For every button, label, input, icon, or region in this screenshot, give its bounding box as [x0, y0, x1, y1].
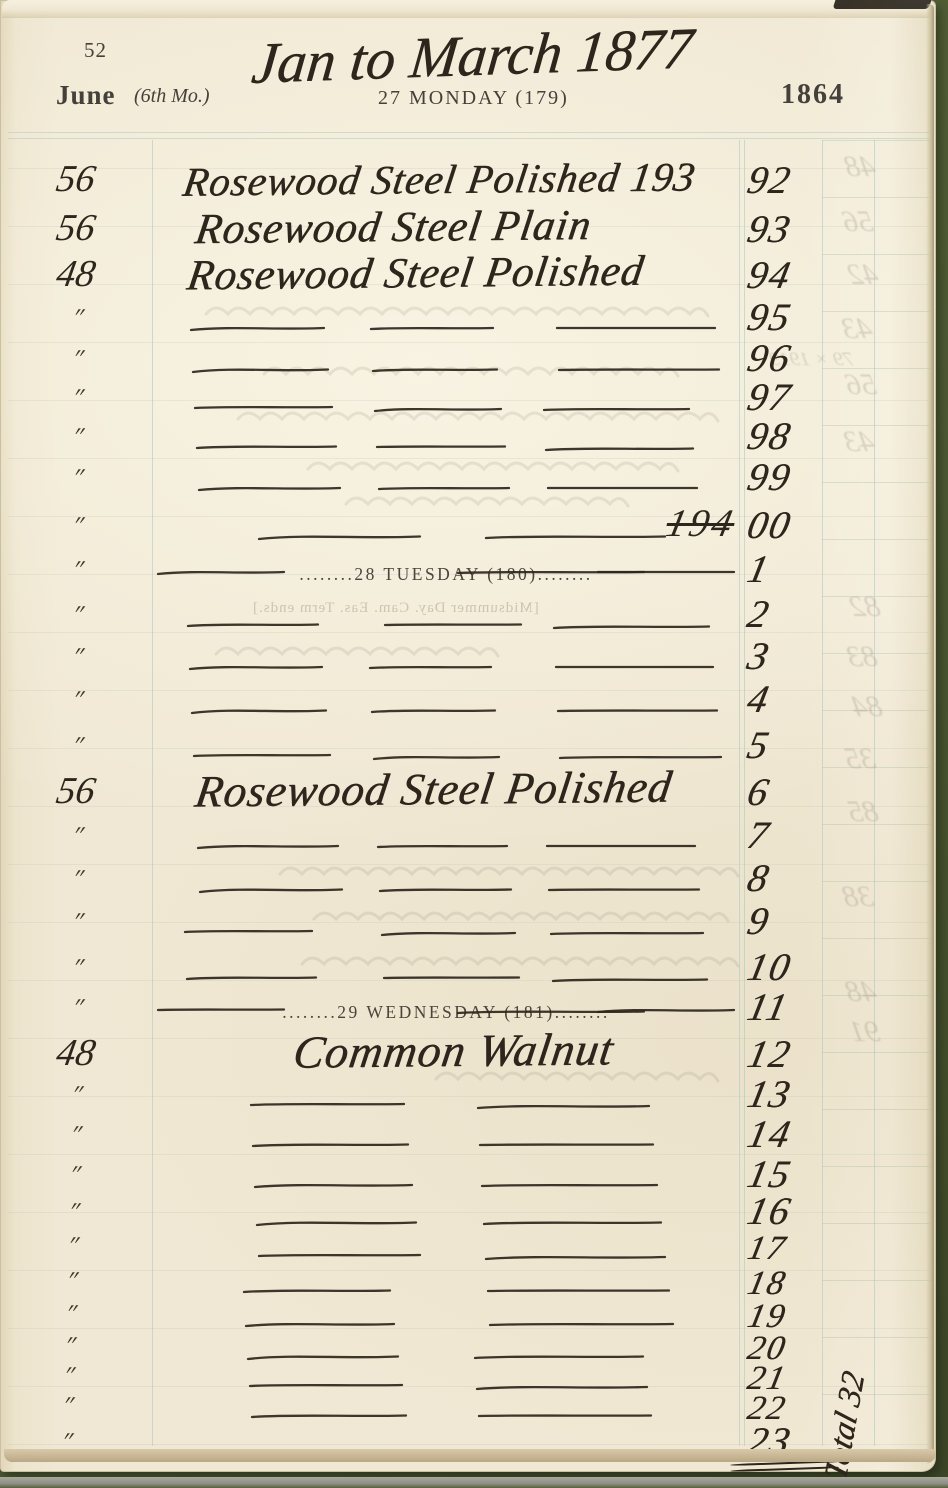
quantity-cell: ″: [20, 866, 132, 893]
serial-number-cell: 7: [744, 815, 830, 858]
printed-month: June: [56, 80, 116, 111]
ditto-dash-stroke: [196, 842, 340, 852]
serial-number: 92: [743, 158, 796, 203]
description-cell: [156, 637, 736, 679]
description-cell: [156, 1077, 736, 1117]
ledger-row: 48Common Walnut12: [0, 1030, 936, 1077]
ledger-row: ″19: [0, 1303, 936, 1336]
description-cell: Rosewood Steel Polished: [156, 252, 736, 298]
printed-year: 1864: [781, 79, 845, 111]
serial-number: 4: [743, 677, 774, 722]
description-cell: [156, 500, 736, 548]
book-bottom-edge: [4, 1449, 936, 1462]
dark-edge-mark: [833, 0, 932, 9]
serial-number: 13: [743, 1072, 796, 1117]
serial-number: 3: [743, 634, 774, 679]
quantity-cell: ″: [20, 424, 132, 451]
description-cell: [156, 1336, 736, 1368]
quantity-cell: 48: [22, 252, 130, 296]
ditto-dash-stroke: [191, 365, 330, 375]
quantity-cell: ″: [20, 909, 132, 936]
ditto-dash-stroke: [484, 1252, 667, 1262]
ledger-row: ″17: [0, 1234, 936, 1268]
serial-number-cell: 93: [744, 203, 830, 252]
ledger-row: ″98: [0, 420, 936, 459]
ledger-row: ″........28 TUESDAY (180)........1: [0, 548, 936, 592]
description-cell: [156, 901, 736, 944]
header-rule-bottom: [8, 138, 930, 139]
ditto-dash-stroke: [552, 621, 711, 631]
description-cell: [156, 298, 736, 340]
ditto-dash-stroke: [246, 1352, 400, 1362]
serial-number-cell: 6: [744, 768, 830, 815]
serial-number-cell: 2: [744, 592, 830, 637]
serial-number: 5: [743, 723, 774, 768]
quantity-cell: ″: [20, 733, 132, 760]
ditto-dash-stroke: [542, 404, 691, 414]
ditto-dash-stroke: [486, 1287, 671, 1297]
description-cell: [156, 944, 736, 990]
ditto-dash-stroke: [370, 706, 497, 716]
underlying-page-edge: [2, 0, 932, 18]
ditto-dash-stroke: [545, 842, 697, 852]
ditto-dash-stroke: [382, 974, 521, 984]
serial-number-cell: 92: [744, 158, 830, 203]
description-cell: Rosewood Steel Polished 193: [156, 158, 736, 203]
ditto-dash-stroke: [249, 1101, 406, 1111]
ditto-dash-stroke: [257, 1252, 422, 1262]
description-cell: [156, 858, 736, 901]
serial-number: 00: [743, 503, 796, 548]
entry-text: Rosewood Steel Plain: [192, 201, 595, 254]
quantity-cell: 56: [22, 157, 130, 201]
serial-number: 94: [743, 253, 796, 298]
quantity-cell: 56: [22, 769, 130, 813]
ditto-dash-stroke: [557, 365, 721, 375]
ledger-row: ″9: [0, 901, 936, 944]
handwritten-title: Jan to March 1877: [249, 14, 697, 97]
serial-number-cell: 16: [744, 1197, 830, 1234]
description-cell: [156, 420, 736, 459]
ditto-dash-stroke: [156, 568, 286, 578]
ditto-dash-stroke: [248, 1382, 404, 1392]
ditto-dash-stroke: [488, 1320, 675, 1330]
description-cell: [156, 459, 736, 500]
description-cell: [156, 1303, 736, 1336]
header-rule-top: [8, 132, 930, 133]
description-cell: [156, 340, 736, 381]
serial-number: 93: [743, 207, 796, 252]
quantity-cell: ″: [20, 823, 132, 850]
serial-number: 7: [743, 813, 774, 858]
ditto-dash-stroke: [186, 621, 320, 631]
description-cell: [156, 592, 736, 637]
serial-number: 6: [743, 770, 774, 815]
ditto-dash-stroke: [255, 1218, 418, 1228]
serial-number: 11: [743, 985, 793, 1030]
ditto-dash-stroke: [547, 885, 701, 895]
description-cell: Rosewood Steel Plain: [156, 203, 736, 252]
serial-number: 95: [743, 295, 796, 340]
ditto-dash-stroke: [376, 842, 509, 852]
page-number: 52: [84, 38, 107, 63]
ledger-row: 48Rosewood Steel Polished94: [0, 252, 936, 298]
ledger-row: ″22: [0, 1398, 936, 1428]
ledger-row: ″2: [0, 592, 936, 637]
serial-number: 8: [743, 856, 774, 901]
serial-number-cell: 12: [744, 1030, 830, 1077]
ditto-dash-stroke: [244, 1320, 396, 1330]
ditto-dash-stroke: [188, 663, 324, 673]
ditto-dash-stroke: [556, 706, 719, 716]
entry-text: Rosewood Steel Polished: [192, 761, 676, 818]
quantity-cell: ″: [17, 1162, 129, 1189]
serial-number-cell: 11: [744, 990, 830, 1030]
description-cell: Rosewood Steel Polished: [156, 768, 736, 815]
printed-day-heading: 27 MONDAY (179): [378, 87, 569, 110]
table-surface-strip: [0, 1477, 948, 1488]
serial-number-cell: 13: [744, 1077, 830, 1117]
description-cell: [156, 1268, 736, 1303]
ditto-dash-stroke: [475, 1382, 649, 1392]
ledger-row: ″10: [0, 944, 936, 990]
ditto-dash-stroke: [596, 568, 736, 578]
ledger-row: ″7: [0, 815, 936, 858]
ditto-dash-stroke: [190, 706, 328, 716]
scanned-ledger-photo: { "header": { "page_number": "52", "hand…: [0, 0, 948, 1488]
serial-number: 16: [743, 1189, 796, 1234]
ledger-row: ″99: [0, 459, 936, 500]
quantity-cell: ″: [20, 687, 132, 714]
quantity-cell: ″: [16, 1199, 128, 1226]
entry-text: Common Walnut: [290, 1022, 618, 1078]
ditto-dash-stroke: [380, 928, 517, 938]
quantity-cell: ″: [20, 305, 132, 332]
serial-number: 2: [743, 592, 774, 637]
ledger-row: ″18: [0, 1268, 936, 1303]
quantity-cell: 48: [22, 1031, 130, 1075]
serial-number-cell: 99: [744, 459, 830, 500]
description-cell: [156, 1117, 736, 1157]
ditto-dash-stroke: [383, 621, 523, 631]
ditto-dash-stroke: [198, 885, 344, 895]
ledger-row: ″21: [0, 1368, 936, 1398]
ditto-dash-stroke: [378, 885, 513, 895]
quantity-cell: ″: [20, 955, 132, 982]
ditto-dash-stroke: [546, 484, 699, 494]
description-cell: [156, 1197, 736, 1234]
ditto-dash-stroke: [549, 928, 705, 938]
serial-number-cell: 10: [744, 944, 830, 990]
quantity-cell: ″: [18, 1122, 130, 1149]
quantity-cell: 56: [22, 206, 130, 250]
ledger-row: 56Rosewood Steel Polished 19392: [0, 158, 936, 203]
struck-carry-number: 194: [662, 501, 739, 546]
ditto-dash-stroke: [555, 324, 717, 334]
description-cell: [156, 679, 736, 722]
ledger-row: 56Rosewood Steel Polished6: [0, 768, 936, 815]
quantity-cell: ″: [20, 644, 132, 671]
ditto-dash-stroke: [192, 752, 332, 762]
serial-number-cell: 1: [744, 548, 830, 592]
ditto-dash-stroke: [251, 1141, 410, 1151]
ditto-dash-stroke: [257, 532, 422, 542]
ditto-dash-stroke: [554, 663, 715, 673]
serial-number-cell: 14: [744, 1117, 830, 1157]
ditto-dash-stroke: [484, 532, 667, 542]
ditto-dash-stroke: [193, 404, 334, 414]
serial-number: 98: [743, 414, 796, 459]
printed-month-detail: (6th Mo.): [134, 85, 210, 108]
page-leaf-edge: [926, 4, 934, 1464]
ledger-row: ″5: [0, 722, 936, 768]
ledger-row: ″16: [0, 1197, 936, 1234]
serial-number-cell: 95: [744, 298, 830, 340]
ditto-dash-stroke: [377, 484, 511, 494]
quantity-cell: ″: [13, 1301, 125, 1328]
ledger-row: ″4: [0, 679, 936, 722]
serial-number-cell: 94: [744, 252, 830, 298]
ledger-row: ″19400: [0, 500, 936, 548]
description-cell: [156, 381, 736, 420]
description-cell: Common Walnut: [156, 1030, 736, 1077]
quantity-cell: ″: [20, 385, 132, 412]
ditto-dash-stroke: [185, 974, 318, 984]
ditto-dash-stroke: [195, 443, 338, 453]
ledger-row: ″20: [0, 1336, 936, 1368]
serial-number-cell: 9: [744, 901, 830, 944]
quantity-cell: ″: [20, 602, 132, 629]
serial-number: 12: [743, 1032, 796, 1077]
description-cell: [156, 1398, 736, 1428]
ditto-dash-stroke: [371, 365, 499, 375]
ditto-dash-stroke: [372, 752, 501, 762]
serial-number-cell: 17: [744, 1234, 830, 1268]
ditto-dash-stroke: [482, 1218, 663, 1228]
ditto-dash-stroke: [242, 1287, 392, 1297]
ditto-dash-stroke: [477, 1412, 653, 1422]
serial-number: 10: [743, 945, 796, 990]
quantity-cell: ″: [20, 465, 132, 492]
description-cell: [156, 815, 736, 858]
ditto-dash-stroke: [368, 663, 493, 673]
ditto-dash-stroke: [373, 404, 503, 414]
ledger-row: ″8: [0, 858, 936, 901]
ditto-dash-stroke: [476, 1101, 651, 1111]
ditto-dash-stroke: [375, 443, 507, 453]
ledger-row: ″15: [0, 1157, 936, 1197]
quantity-cell: ″: [20, 557, 132, 584]
description-cell: [156, 1234, 736, 1268]
diary-page: 52 Jan to March 1877 June (6th Mo.) 27 M…: [0, 0, 936, 1472]
serial-number-cell: 3: [744, 637, 830, 679]
ditto-dash-stroke: [197, 484, 342, 494]
ditto-dash-stroke: [551, 974, 709, 984]
serial-number: 99: [743, 455, 796, 500]
quantity-cell: ″: [15, 1233, 127, 1260]
ditto-dash-stroke: [596, 1006, 736, 1016]
ledger-row: ″3: [0, 637, 936, 679]
quantity-cell: ″: [11, 1363, 123, 1390]
serial-number: 9: [743, 899, 774, 944]
ditto-dash-stroke: [473, 1352, 645, 1362]
ditto-dash-stroke: [183, 928, 314, 938]
quantity-cell: ″: [19, 1082, 131, 1109]
serial-number: 14: [743, 1112, 796, 1157]
ditto-dash-stroke: [478, 1141, 655, 1151]
quantity-cell: ″: [14, 1268, 126, 1295]
ledger-row: ″13: [0, 1077, 936, 1117]
serial-number-cell: 4: [744, 679, 830, 722]
ditto-dash-stroke: [480, 1181, 659, 1191]
quantity-cell: ″: [10, 1393, 122, 1420]
description-cell: [156, 1368, 736, 1398]
ditto-dash-stroke: [369, 324, 495, 334]
serial-number-cell: 98: [744, 420, 830, 459]
entry-text: Rosewood Steel Polished 193: [180, 152, 699, 205]
ledger-row: ″14: [0, 1117, 936, 1157]
serial-number-cell: 19400: [744, 500, 830, 548]
entry-text: Rosewood Steel Polished: [184, 247, 647, 301]
ditto-dash-stroke: [156, 1006, 286, 1016]
ledger-row: ″95: [0, 298, 936, 340]
ditto-dash-stroke: [189, 324, 326, 334]
ledger-row: 56Rosewood Steel Plain93: [0, 203, 936, 252]
quantity-cell: ″: [12, 1333, 124, 1360]
quantity-cell: ″: [20, 513, 132, 540]
quantity-cell: ″: [20, 995, 132, 1022]
description-cell: [156, 1157, 736, 1197]
description-cell: ........28 TUESDAY (180)........: [156, 548, 736, 592]
serial-number-cell: 8: [744, 858, 830, 901]
serial-number-cell: 5: [744, 722, 830, 768]
serial-number: 1: [743, 547, 774, 592]
ditto-dash-stroke: [253, 1181, 414, 1191]
ditto-dash-stroke: [250, 1412, 408, 1422]
quantity-cell: ″: [20, 346, 132, 373]
serial-number: 17: [744, 1230, 790, 1268]
ditto-dash-stroke: [544, 443, 695, 453]
